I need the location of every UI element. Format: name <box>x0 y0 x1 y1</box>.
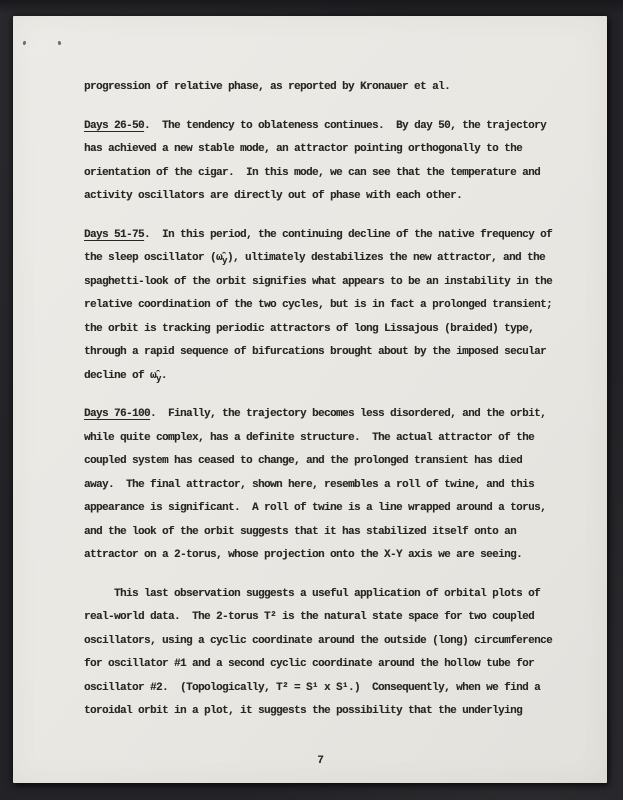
text-line: relative coordination of the two cycles,… <box>84 294 557 318</box>
text-line: Days 26-50. The tendency to oblateness c… <box>84 115 557 139</box>
text-line: decline of ω̂y. <box>84 365 557 389</box>
text-line: away. The final attractor, shown here, r… <box>84 474 557 498</box>
paragraph: Days 76-100. Finally, the trajectory bec… <box>84 403 557 568</box>
text-line: This last observation suggests a useful … <box>84 583 557 607</box>
text-line: the orbit is tracking periodic attractor… <box>84 318 557 342</box>
text-line: orientation of the cigar. In this mode, … <box>84 162 557 186</box>
document-page: progression of relative phase, as report… <box>13 16 607 783</box>
scanner-background: progression of relative phase, as report… <box>0 0 623 800</box>
text-line: oscillator #2. (Topologically, T² = S¹ x… <box>84 677 557 701</box>
paragraph: Days 51-75. In this period, the continui… <box>84 224 557 389</box>
text-line: Days 76-100. Finally, the trajectory bec… <box>84 403 557 427</box>
paragraph: This last observation suggests a useful … <box>84 583 557 724</box>
page-content: progression of relative phase, as report… <box>13 16 607 783</box>
text-body: progression of relative phase, as report… <box>84 76 557 724</box>
text-line: coupled system has ceased to change, and… <box>84 450 557 474</box>
text-line: Days 51-75. In this period, the continui… <box>84 224 557 248</box>
text-line: activity oscillators are directly out of… <box>84 185 557 209</box>
paragraph: Days 26-50. The tendency to oblateness c… <box>84 115 557 209</box>
text-line: while quite complex, has a definite stru… <box>84 427 557 451</box>
text-line: spaghetti-look of the orbit signifies wh… <box>84 271 557 295</box>
text-line: attractor on a 2-torus, whose projection… <box>84 544 557 568</box>
text-line: oscillators, using a cyclic coordinate a… <box>84 630 557 654</box>
text-line: has achieved a new stable mode, an attra… <box>84 138 557 162</box>
paragraph: progression of relative phase, as report… <box>84 76 557 100</box>
text-line: for oscillator #1 and a second cyclic co… <box>84 653 557 677</box>
text-line: through a rapid sequence of bifurcations… <box>84 341 557 365</box>
text-line: toroidal orbit in a plot, it suggests th… <box>84 700 557 724</box>
text-line: and the look of the orbit suggests that … <box>84 521 557 545</box>
text-line: progression of relative phase, as report… <box>84 76 557 100</box>
text-line: the sleep oscillator (ω̂y), ultimately d… <box>84 247 557 271</box>
text-line: real-world data. The 2-torus T² is the n… <box>84 606 557 630</box>
page-number: 7 <box>84 750 557 774</box>
text-line: appearance is significant. A roll of twi… <box>84 497 557 521</box>
